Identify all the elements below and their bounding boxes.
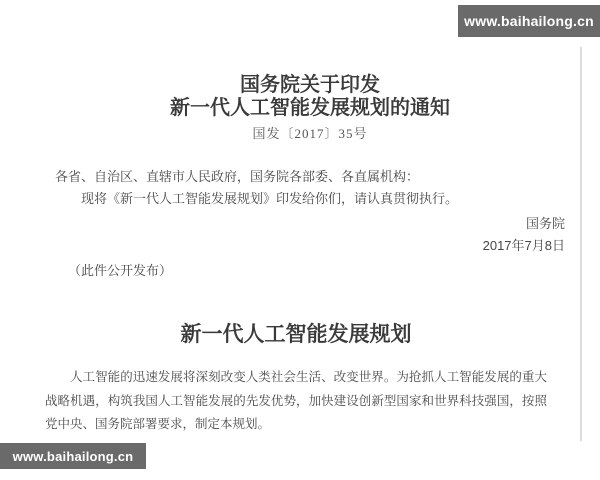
notice-release-note: （此件公开发布） [55, 262, 565, 280]
document-number: 国发〔2017〕35号 [55, 125, 565, 143]
notice-title-line1: 国务院关于印发 [55, 74, 565, 97]
document-page: { "watermark": { "text": "www.baihailong… [0, 0, 600, 480]
page-edge-line [580, 47, 582, 441]
watermark-top: www.baihailong.cn [458, 5, 600, 37]
plan-intro-paragraph: 人工智能的迅速发展将深刻改变人类社会生活、改变世界。为抢抓人工智能发展的重大战略… [45, 366, 547, 437]
notice-body-text: 现将《新一代人工智能发展规划》印发给你们，请认真贯彻执行。 [55, 190, 565, 208]
watermark-bottom: www.baihailong.cn [0, 443, 146, 469]
notice-title: 国务院关于印发 新一代人工智能发展规划的通知 [55, 74, 565, 120]
plan-section: 新一代人工智能发展规划 人工智能的迅速发展将深刻改变人类社会生活、改变世界。为抢… [45, 318, 547, 437]
notice-salutation: 各省、自治区、直辖市人民政府，国务院各部委、各直属机构： [55, 168, 565, 186]
plan-title: 新一代人工智能发展规划 [45, 321, 547, 347]
notice-section: 国务院关于印发 新一代人工智能发展规划的通知 国发〔2017〕35号 各省、自治… [55, 70, 565, 280]
notice-title-line2: 新一代人工智能发展规划的通知 [55, 97, 565, 120]
notice-sign-date: 2017年7月8日 [55, 237, 565, 255]
notice-signer: 国务院 [55, 215, 565, 233]
